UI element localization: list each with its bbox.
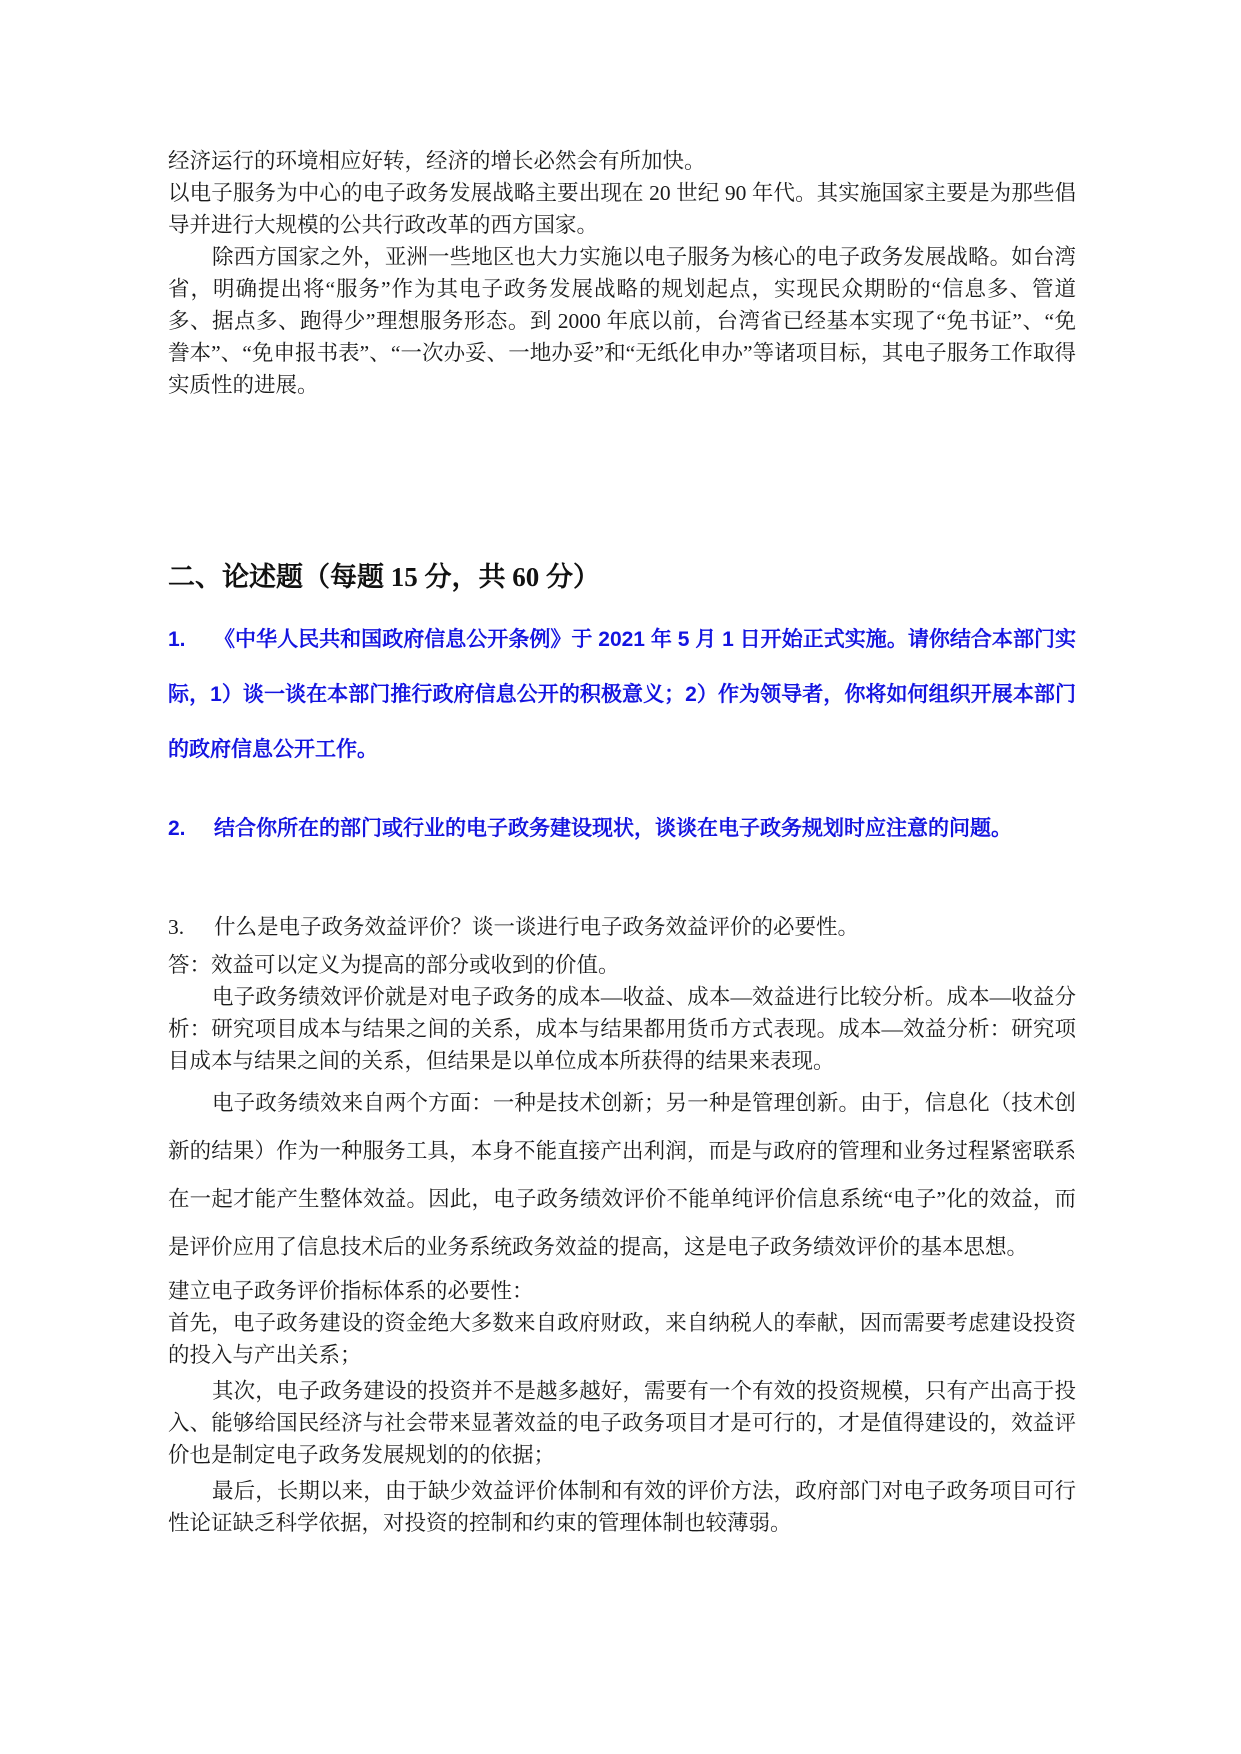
section-heading: 二、论述题（每题 15 分，共 60 分） [168, 556, 1076, 598]
question-item-3: 3.什么是电子政务效益评价？谈一谈进行电子政务效益评价的必要性。 [168, 911, 1076, 943]
intro-paragraph-1: 经济运行的环境相应好转，经济的增长必然会有所加快。 [168, 145, 1076, 177]
page-content: 经济运行的环境相应好转，经济的增长必然会有所加快。 以电子服务为中心的电子政务发… [0, 0, 1241, 1539]
answer-paragraph-3: 电子政务绩效来自两个方面：一种是技术创新；另一种是管理创新。由于，信息化（技术创… [168, 1079, 1076, 1271]
question-text: 结合你所在的部门或行业的电子政务建设现状，谈谈在电子政务规划时应注意的问题。 [214, 817, 1012, 840]
intro-paragraph-2: 以电子服务为中心的电子政务发展战略主要出现在 20 世纪 90 年代。其实施国家… [168, 177, 1076, 241]
question-text: 《中华人民共和国政府信息公开条例》于 2021 年 5 月 1 日开始正式实施。… [168, 628, 1076, 761]
question-item-2: 2.结合你所在的部门或行业的电子政务建设现状，谈谈在电子政务规划时应注意的问题。 [168, 813, 1076, 845]
answer-paragraph-2: 电子政务绩效评价就是对电子政务的成本—收益、成本—效益进行比较分析。成本—收益分… [168, 981, 1076, 1077]
document-page: 经济运行的环境相应好转，经济的增长必然会有所加快。 以电子服务为中心的电子政务发… [0, 0, 1241, 1754]
question-item-1: 1.《中华人民共和国政府信息公开条例》于 2021 年 5 月 1 日开始正式实… [168, 612, 1076, 777]
answer-paragraph-1: 答：效益可以定义为提高的部分或收到的价值。 [168, 949, 1076, 981]
question-number: 2. [168, 813, 214, 845]
question-text: 什么是电子政务效益评价？谈一谈进行电子政务效益评价的必要性。 [214, 915, 859, 939]
question-number: 3. [168, 911, 214, 943]
answer-paragraph-4: 建立电子政务评价指标体系的必要性： [168, 1275, 1076, 1307]
answer-paragraph-7: 最后，长期以来，由于缺少效益评价体制和有效的评价方法，政府部门对电子政务项目可行… [168, 1475, 1076, 1539]
answer-paragraph-5: 首先，电子政务建设的资金绝大多数来自政府财政，来自纳税人的奉献，因而需要考虑建设… [168, 1307, 1076, 1371]
intro-paragraph-3: 除西方国家之外，亚洲一些地区也大力实施以电子服务为核心的电子政务发展战略。如台湾… [168, 241, 1076, 401]
answer-paragraph-6: 其次，电子政务建设的投资并不是越多越好，需要有一个有效的投资规模，只有产出高于投… [168, 1375, 1076, 1471]
question-number: 1. [168, 612, 214, 667]
